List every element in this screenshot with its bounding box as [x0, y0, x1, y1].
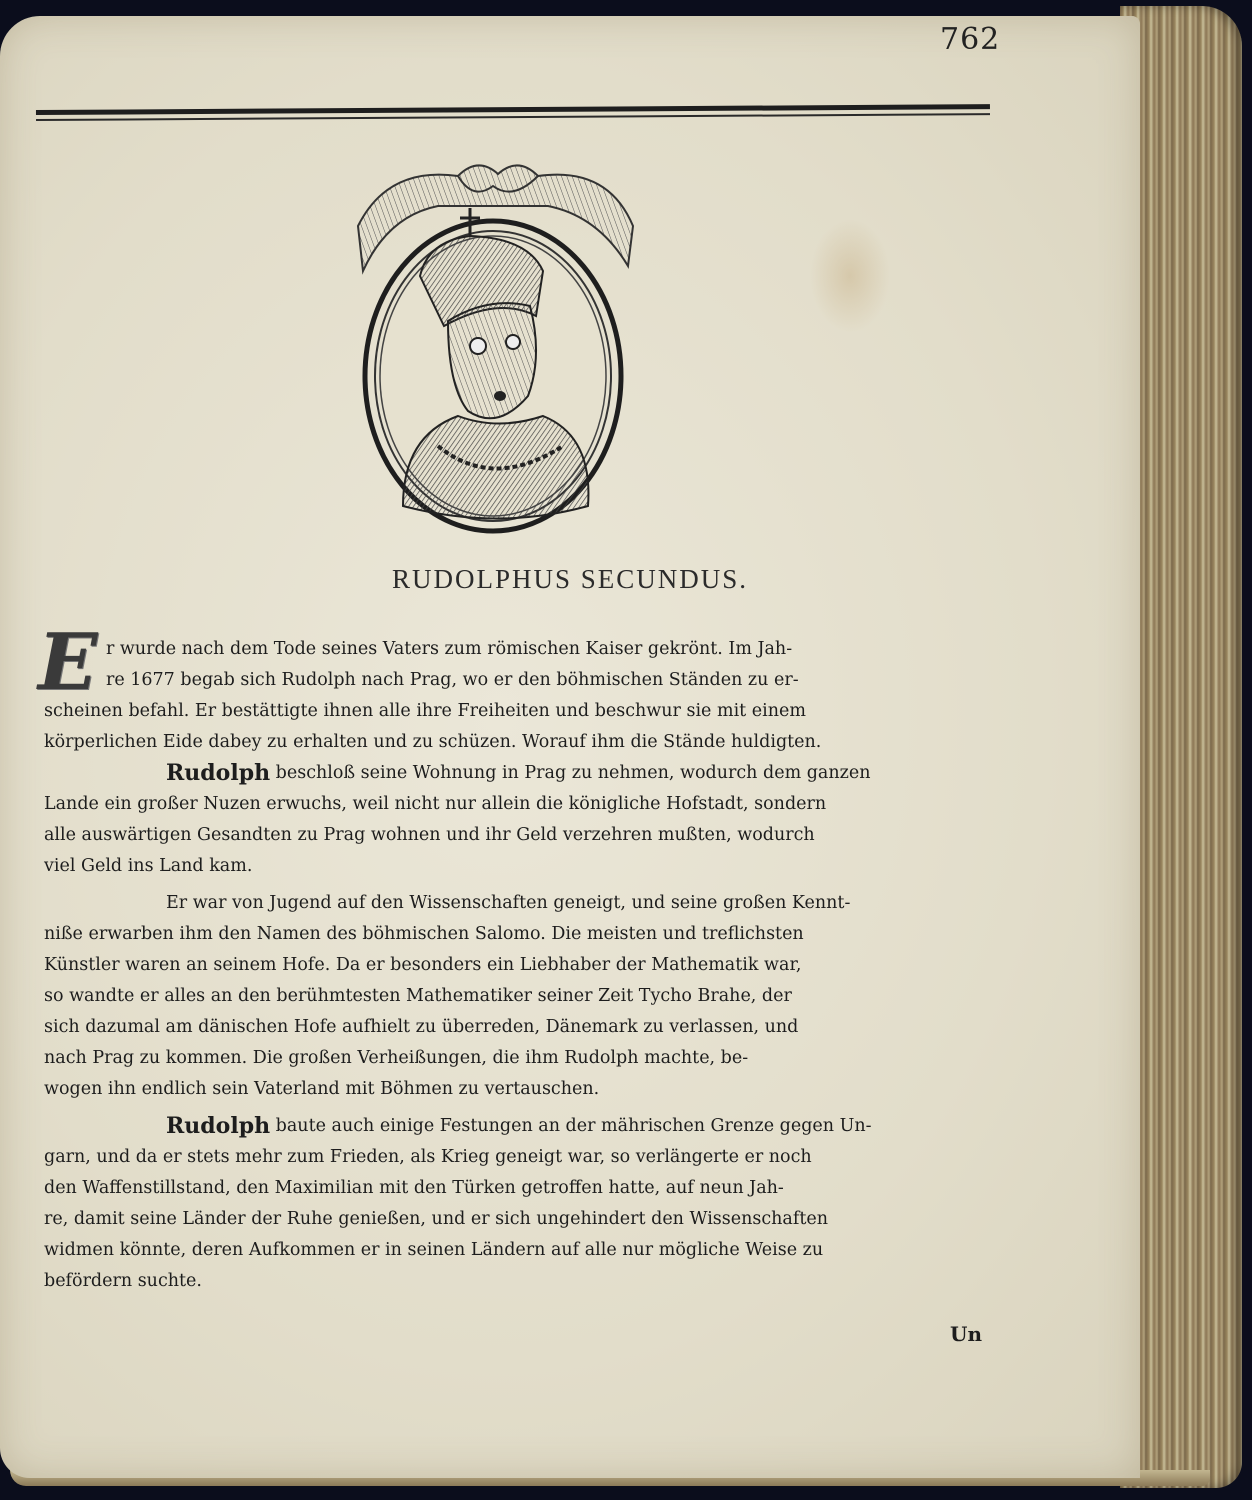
paragraph-1: E r wurde nach dem Tode seines Vaters zu…: [44, 634, 1000, 758]
book-page: 762: [0, 16, 1140, 1478]
text-line: befördern suchte.: [44, 1266, 1000, 1297]
paragraph-4: Rudolph baute auch einige Festungen an d…: [44, 1111, 1000, 1297]
page-number: 762: [940, 22, 1000, 57]
text-line: r wurde nach dem Tode seines Vaters zum …: [44, 634, 1000, 665]
text-line: re, damit seine Länder der Ruhe genießen…: [44, 1204, 1000, 1235]
emphasized-name: Rudolph: [166, 1111, 270, 1142]
text-line: re 1677 begab sich Rudolph nach Prag, wo…: [44, 665, 1000, 696]
drop-cap: E: [38, 624, 97, 702]
text-line: sich dazumal am dänischen Hofe aufhielt …: [44, 1012, 1000, 1043]
text-line: alle auswärtigen Gesandten zu Prag wohne…: [44, 820, 1000, 851]
text-line: Rudolph baute auch einige Festungen an d…: [44, 1111, 1000, 1142]
portrait-engraving-icon: [348, 146, 638, 536]
text-line: den Waffenstillstand, den Maximilian mit…: [44, 1173, 1000, 1204]
text-line: so wandte er alles an den berühmtesten M…: [44, 981, 1000, 1012]
text-line: wogen ihn endlich sein Vaterland mit Böh…: [44, 1074, 1000, 1105]
header-rule-thin: [36, 113, 990, 121]
text-line: viel Geld ins Land kam.: [44, 851, 1000, 882]
text-line: garn, und da er stets mehr zum Frieden, …: [44, 1142, 1000, 1173]
text-line: scheinen befahl. Er bestättigte ihnen al…: [44, 696, 1000, 727]
paragraph-3: Er war von Jugend auf den Wissenschaften…: [44, 888, 1000, 1105]
text-line: Künstler waren an seinem Hofe. Da er bes…: [44, 950, 1000, 981]
text-line: körperlichen Eide dabey zu erhalten und …: [44, 727, 1000, 758]
text-line: niße erwarben ihm den Namen des böhmisch…: [44, 919, 1000, 950]
article-title: RUDOLPHUS SECUNDUS.: [0, 564, 1080, 595]
text-line: Lande ein großer Nuzen erwuchs, weil nic…: [44, 789, 1000, 820]
header-rule: [36, 104, 990, 122]
emphasized-name: Rudolph: [166, 758, 270, 789]
text-line: nach Prag zu kommen. Die großen Verheißu…: [44, 1043, 1000, 1074]
paragraph-2: Rudolph beschloß seine Wohnung in Prag z…: [44, 758, 1000, 882]
catchword: Un: [950, 1322, 982, 1346]
text-line: widmen könnte, deren Aufkommen er in sei…: [44, 1235, 1000, 1266]
article-body: E r wurde nach dem Tode seines Vaters zu…: [44, 634, 1000, 1297]
text-line: Rudolph beschloß seine Wohnung in Prag z…: [44, 758, 1000, 789]
text-line: Er war von Jugend auf den Wissenschaften…: [44, 888, 1000, 919]
